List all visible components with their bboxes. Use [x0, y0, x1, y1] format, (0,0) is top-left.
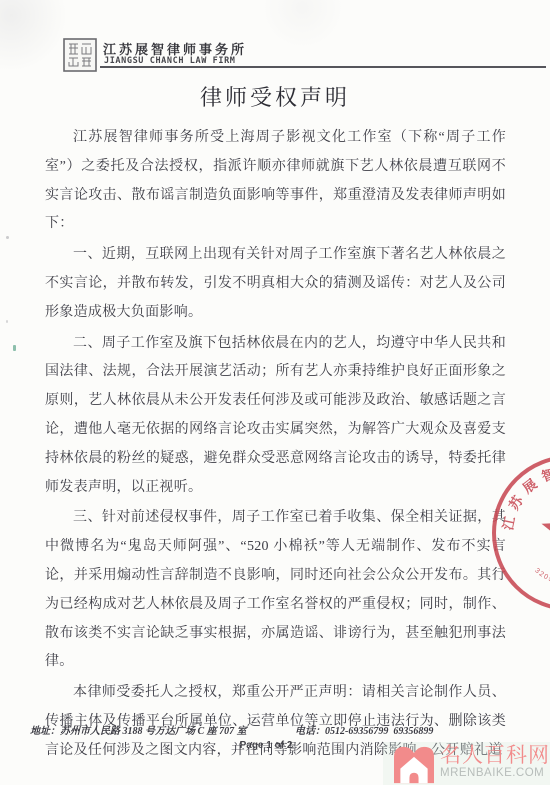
footer-address: 地址：苏州市人民路 3188 号万达广场 C 座 707 室: [30, 726, 247, 737]
footer-phone: 电话：0512-69356799 69356899: [295, 722, 433, 737]
watermark: 名人百科网 MRENBAIKE.COM: [392, 745, 550, 785]
watermark-site-domain: MRENBAIKE.COM: [440, 767, 550, 780]
svg-text:3205: 3205: [533, 567, 550, 584]
paragraph-item-3: 三、针对前述侵权事件，周子工作室已着手收集、保全相关证据，其中微博名为“鬼岛天师…: [45, 504, 506, 677]
scan-speck-teal: [13, 345, 16, 351]
firm-name-english: JIANGSU CHANCH LAW FIRM: [104, 56, 236, 66]
mrenbaike-logo-icon: [392, 745, 436, 785]
scanned-legal-document: 江苏展智律师事务所 JIANGSU CHANCH LAW FIRM 律师受权声明…: [0, 0, 550, 785]
paragraph-item-1: 一、近期，互联网上出现有关针对周子工作室旗下著名艺人林依晨之不实言论，并散布转发…: [45, 241, 506, 327]
document-footer: 地址：苏州市人民路 3188 号万达广场 C 座 707 室 电话：0512-6…: [30, 722, 530, 737]
scan-speck-gray: [6, 320, 8, 323]
document-body: 江苏展智律师事务所受上海周子影视文化工作室（下称“周子工作室”）之委托及合法授权…: [45, 124, 506, 768]
scan-speck-gray: [6, 236, 9, 239]
paragraph-intro: 江苏展智律师事务所受上海周子影视文化工作室（下称“周子工作室”）之委托及合法授权…: [45, 124, 506, 239]
header-divider: [100, 66, 546, 68]
document-title: 律师受权声明: [0, 81, 550, 112]
seal-star: [542, 503, 550, 557]
seal-ring-text: 江苏展智律师事务所: [500, 463, 550, 537]
law-firm-logo-icon: [63, 38, 97, 72]
svg-text:江苏展智律师事务所: 江苏展智律师事务所: [500, 463, 550, 537]
seal-number: 3205: [533, 567, 550, 584]
paragraph-item-2: 二、周子工作室及旗下包括林依晨在内的艺人，均遵守中华人民共和国法律、法规，合法开…: [45, 330, 506, 503]
watermark-site-name: 名人百科网: [440, 745, 550, 767]
